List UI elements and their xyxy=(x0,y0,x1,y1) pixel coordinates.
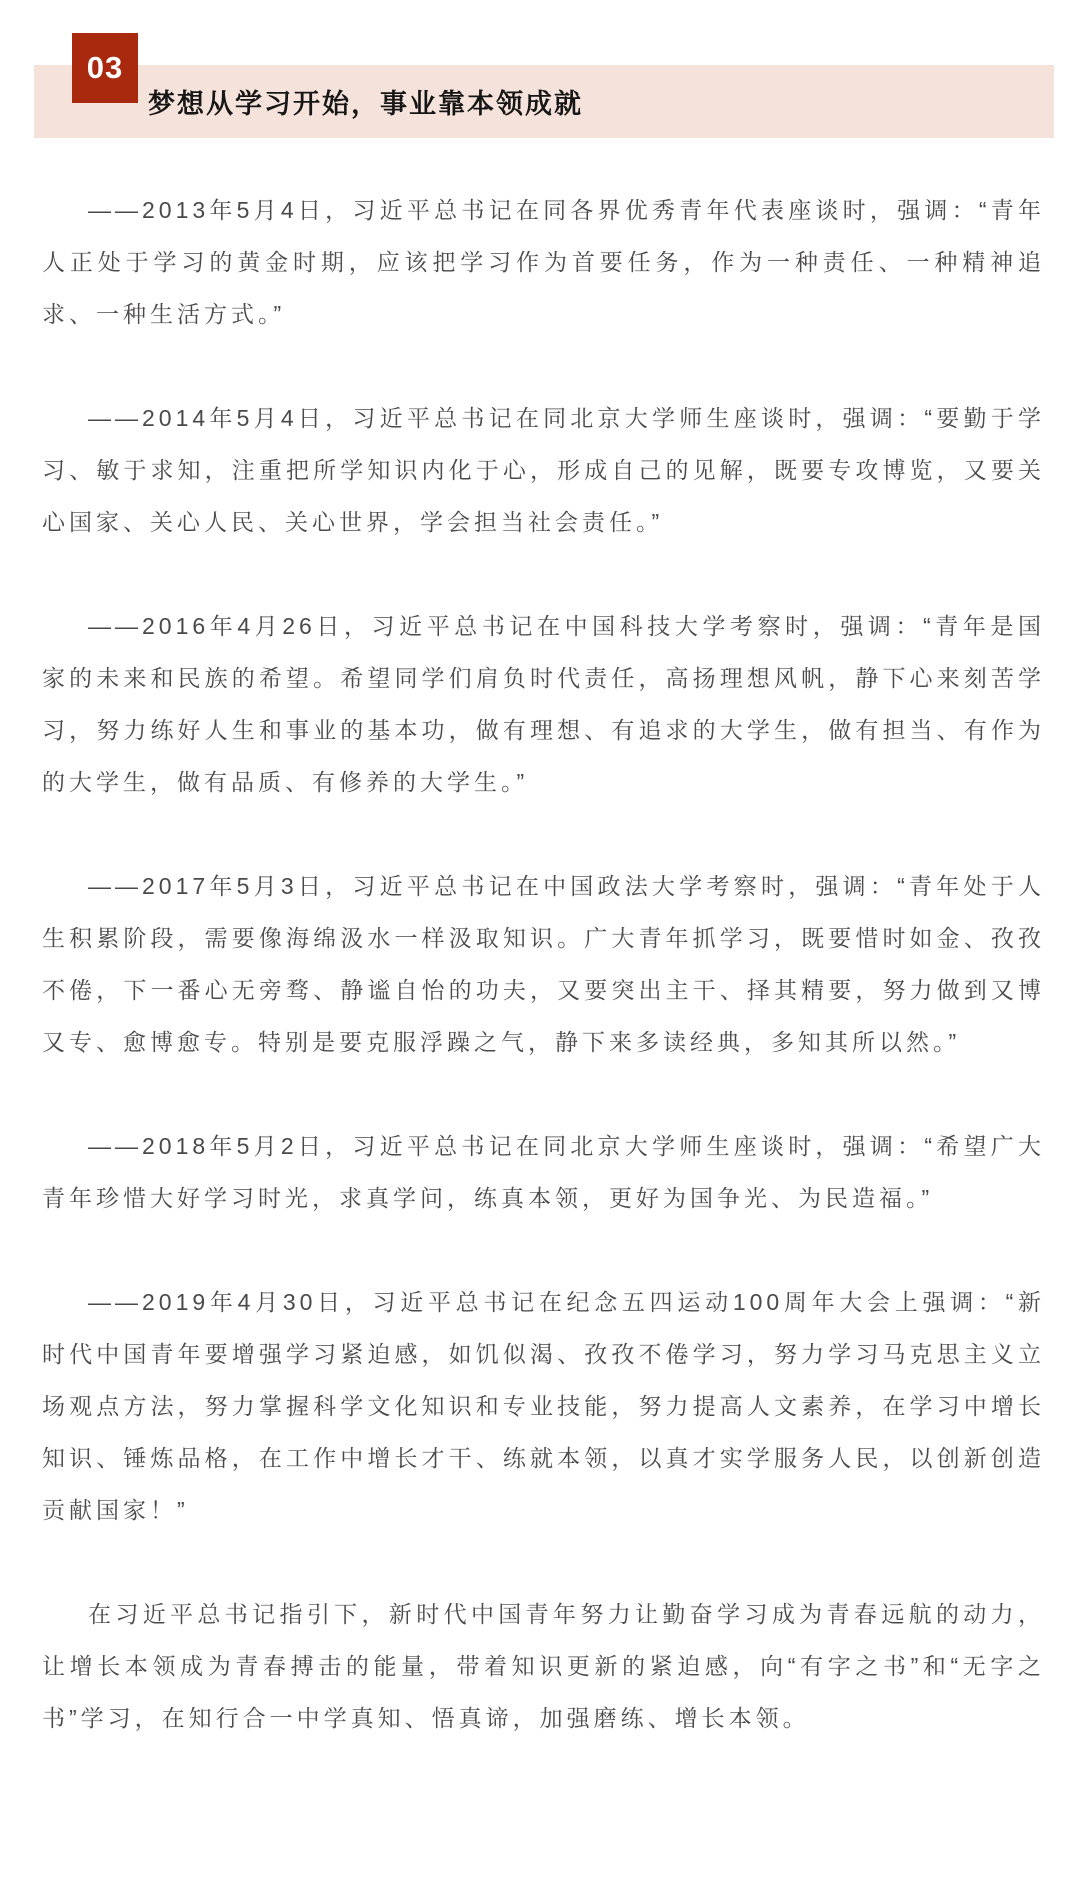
quote-paragraph-2017: ——2017年5月3日，习近平总书记在中国政法大学考察时，强调：“青年处于人生积… xyxy=(42,860,1045,1068)
article-body: ——2013年5月4日，习近平总书记在同各界优秀青年代表座谈时，强调：“青年人正… xyxy=(42,138,1045,1744)
quote-paragraph-2016: ——2016年4月26日，习近平总书记在中国科技大学考察时，强调：“青年是国家的… xyxy=(42,600,1045,808)
closing-paragraph: 在习近平总书记指引下，新时代中国青年努力让勤奋学习成为青春远航的动力，让增长本领… xyxy=(42,1588,1045,1744)
section-header: 03 梦想从学习开始，事业靠本领成就 xyxy=(0,0,1086,150)
section-number: 03 xyxy=(87,50,123,86)
quote-paragraph-2013: ——2013年5月4日，习近平总书记在同各界优秀青年代表座谈时，强调：“青年人正… xyxy=(42,184,1045,340)
quote-paragraph-2018: ——2018年5月2日，习近平总书记在同北京大学师生座谈时，强调：“希望广大青年… xyxy=(42,1120,1045,1224)
quote-paragraph-2014: ——2014年5月4日，习近平总书记在同北京大学师生座谈时，强调：“要勤于学习、… xyxy=(42,392,1045,548)
quote-paragraph-2019: ——2019年4月30日，习近平总书记在纪念五四运动100周年大会上强调：“新时… xyxy=(42,1276,1045,1536)
section-title: 梦想从学习开始，事业靠本领成就 xyxy=(148,65,583,138)
section-number-badge: 03 xyxy=(72,33,138,103)
